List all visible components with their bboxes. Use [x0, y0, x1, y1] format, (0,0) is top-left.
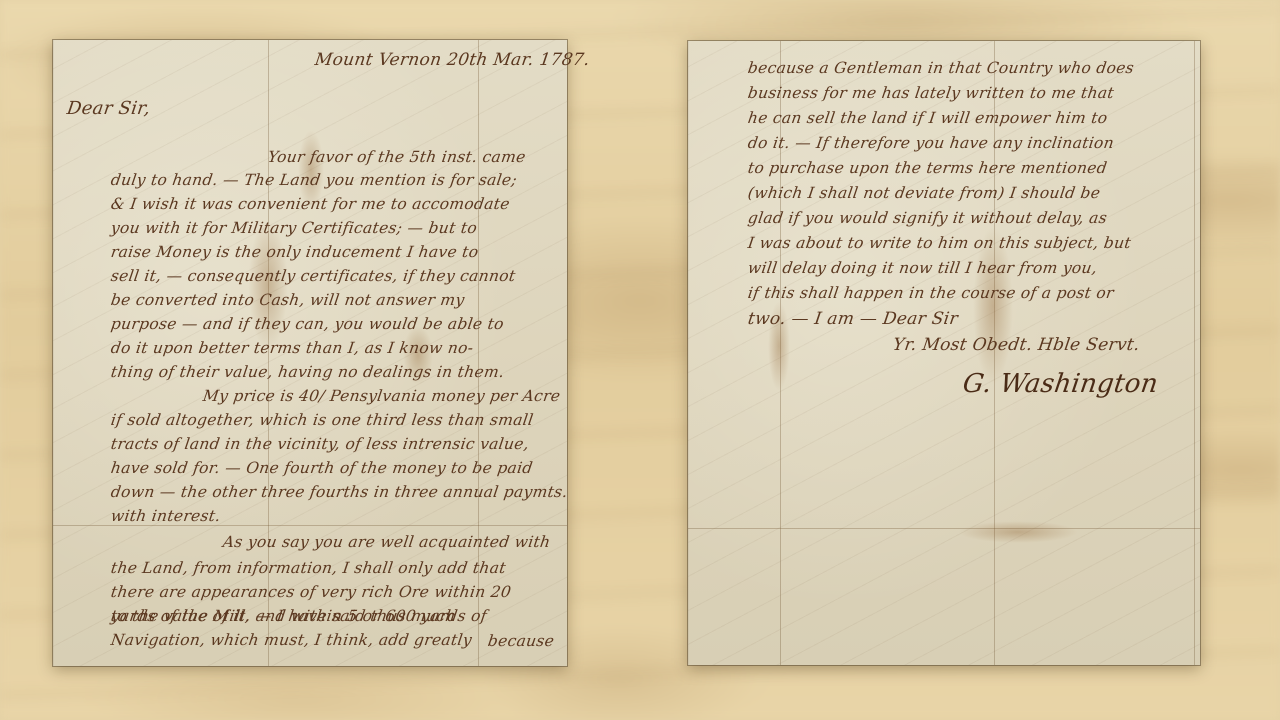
catchword: because [487, 632, 556, 650]
signature: G. Washington [961, 369, 1160, 399]
text-line: & I wish it was convenient for me to acc… [110, 195, 511, 213]
text-line: two. — I am — Dear Sir [747, 309, 960, 329]
text-line: you with it for Military Certificates; —… [110, 219, 479, 237]
text-line: business for me has lately written to me… [747, 84, 1116, 102]
text-line: duly to hand. — The Land you mention is … [110, 171, 519, 189]
text-line: sell it, — consequently certificates, if… [110, 267, 517, 285]
text-line: to purchase upon the terms here mentione… [747, 159, 1109, 177]
ink-stain [958, 521, 1078, 543]
text-line: raise Money is the only inducement I hav… [110, 243, 480, 261]
text-line: will delay doing it now till I hear from… [747, 259, 1099, 277]
text-line: if sold altogether, which is one third l… [110, 411, 535, 429]
fold-line [53, 525, 567, 526]
text-line: Navigation, which must, I think, add gre… [110, 631, 473, 649]
text-line: My price is 40/ Pensylvania money per Ac… [202, 387, 562, 405]
text-line: if this shall happen in the course of a … [747, 284, 1115, 302]
text-line: As you say you are well acquainted with [222, 533, 552, 551]
text-line: have sold for. — One fourth of the money… [110, 459, 534, 477]
text-line: Your favor of the 5th inst. came [267, 148, 527, 166]
text-line: glad if you would signify it without del… [747, 209, 1109, 227]
text-line: with interest. [110, 507, 222, 525]
complimentary-close: Yr. Most Obedt. Hble Servt. [892, 335, 1141, 355]
text-line: be converted into Cash, will not answer … [110, 291, 466, 309]
text-line: to the value of it. — I have said thus m… [110, 607, 457, 625]
salutation: Dear Sir, [66, 98, 152, 119]
text-line: he can sell the land if I will empower h… [747, 109, 1109, 127]
text-line: purpose — and if they can, you would be … [110, 315, 505, 333]
text-line: do it upon better terms than I, as I kno… [110, 339, 475, 357]
text-line: the Land, from information, I shall only… [110, 559, 507, 577]
dateline: Mount Vernon 20th Mar. 1787. [314, 50, 592, 70]
text-line: because a Gentleman in that Country who … [747, 59, 1136, 77]
text-line: I was about to write to him on this subj… [747, 234, 1133, 252]
text-line: tracts of land in the vicinity, of less … [110, 435, 531, 453]
fold-line [688, 528, 1200, 529]
letter-page-right: because a Gentleman in that Country who … [688, 41, 1200, 665]
text-line: do it. — If therefore you have any incli… [747, 134, 1116, 152]
text-line: down — the other three fourths in three … [110, 483, 569, 501]
text-line: there are appearances of very rich Ore w… [110, 583, 513, 601]
text-line: (which I shall not deviate from) I shoul… [747, 184, 1102, 202]
fold-line [1194, 41, 1195, 665]
letter-page-left: Mount Vernon 20th Mar. 1787. Dear Sir, Y… [53, 40, 567, 666]
text-line: thing of their value, having no dealings… [110, 363, 506, 381]
